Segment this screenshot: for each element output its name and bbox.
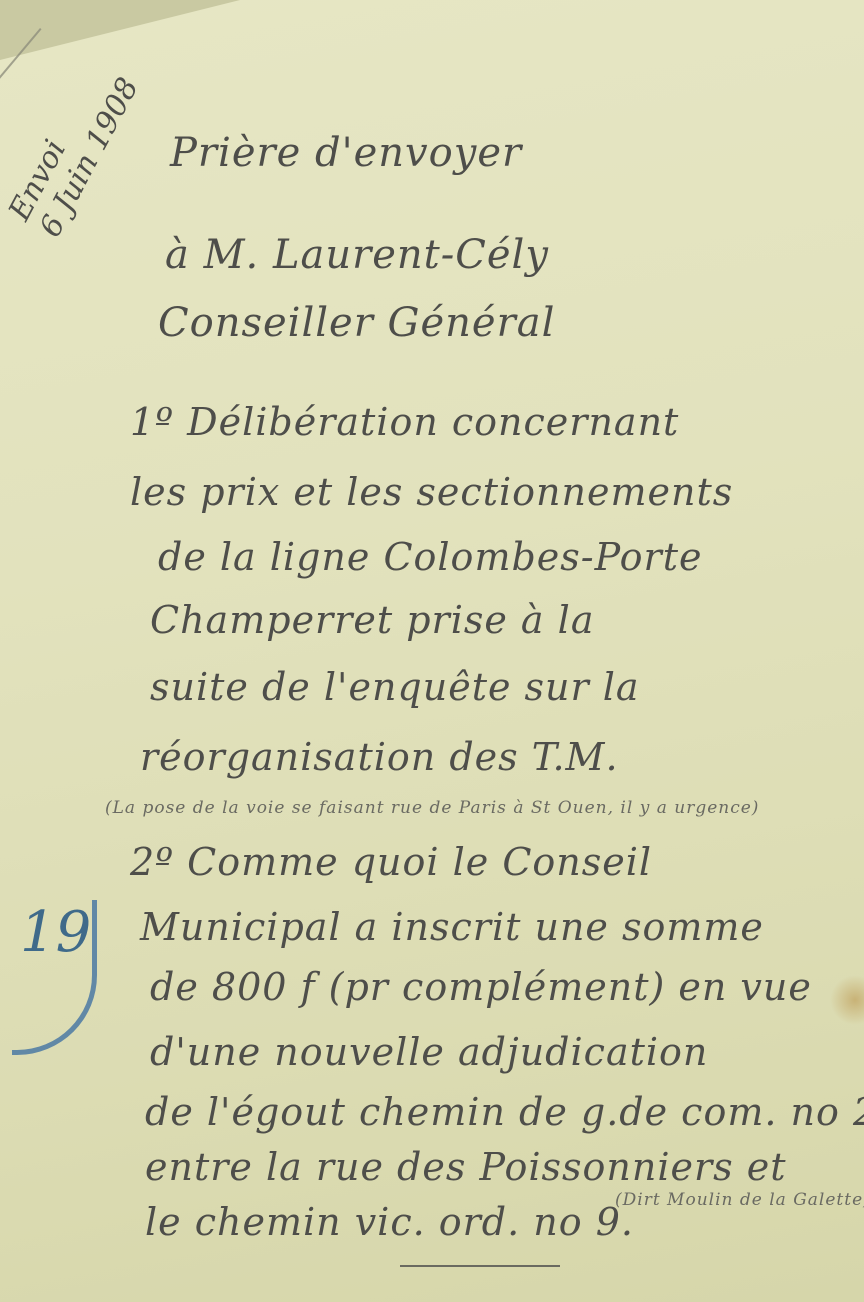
item2-line-4: d'une nouvelle adjudication: [150, 1030, 708, 1074]
item1-line-6: réorganisation des T.M.: [140, 735, 619, 779]
heading-line-1: Prière d'envoyer: [170, 130, 522, 176]
closing-rule-line: [400, 1265, 560, 1267]
document-page: Envoi 6 Juin 1908 Prière d'envoyer à M. …: [0, 0, 864, 1302]
item1-line-3: de la ligne Colombes-Porte: [158, 535, 702, 579]
item2-line-1: 2º Comme quoi le Conseil: [130, 840, 652, 884]
blue-pencil-number: 19: [20, 900, 91, 965]
item1-annotation: (La pose de la voie se faisant rue de Pa…: [105, 798, 759, 818]
item2-line-7: le chemin vic. ord. no 9.: [145, 1200, 634, 1244]
item1-line-5: suite de l'enquête sur la: [150, 665, 640, 709]
item2-annotation: (Dirt Moulin de la Galette): [615, 1190, 864, 1210]
folded-corner: [0, 0, 240, 60]
item1-line-4: Champerret prise à la: [150, 598, 594, 642]
heading-line-2: à M. Laurent-Cély: [165, 232, 549, 278]
paper-stain: [830, 975, 864, 1025]
item2-line-5: de l'égout chemin de g.de com. no 20: [145, 1090, 864, 1134]
item1-line-1: 1º Délibération concernant: [130, 400, 679, 444]
margin-date-note: Envoi 6 Juin 1908: [2, 56, 146, 243]
item1-line-2: les prix et les sectionnements: [130, 470, 733, 514]
item2-line-6: entre la rue des Poissonniers et: [145, 1145, 786, 1189]
item2-line-3: de 800 f (pr complément) en vue: [150, 965, 812, 1009]
item2-line-2: Municipal a inscrit une somme: [140, 905, 764, 949]
heading-line-3: Conseiller Général: [158, 300, 555, 346]
